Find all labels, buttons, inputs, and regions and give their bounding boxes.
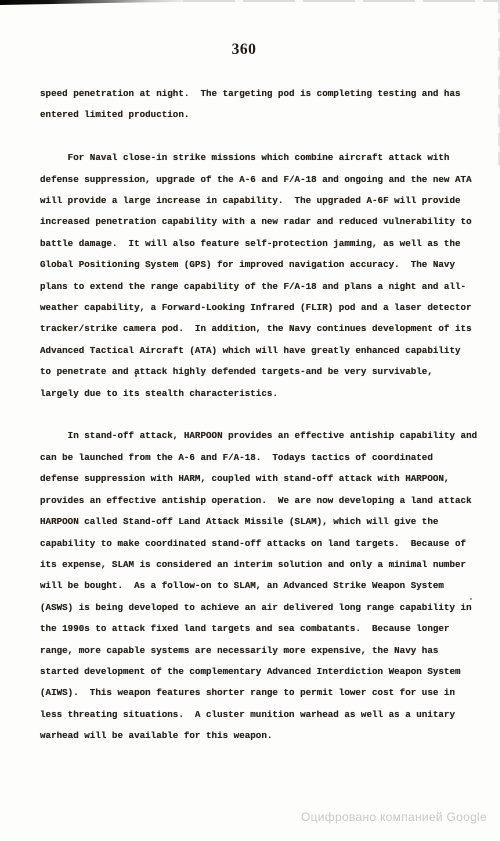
- scan-speck: [470, 598, 472, 600]
- paragraph: For Naval close-in strike missions which…: [40, 147, 490, 404]
- paragraph: speed penetration at night. The targetin…: [40, 83, 490, 126]
- page-number: 360: [0, 41, 488, 59]
- scan-speck: [135, 374, 137, 377]
- scan-line-top-edge: [183, 0, 500, 2]
- scanned-document-page: 360 speed penetration at night. The targ…: [0, 0, 500, 841]
- paragraph: In stand-off attack, HARPOON provides an…: [40, 425, 490, 746]
- document-text: speed penetration at night. The targetin…: [40, 83, 490, 768]
- google-digitization-watermark: Оцифровано компанией Google: [301, 810, 487, 824]
- scan-speck: [220, 521, 222, 524]
